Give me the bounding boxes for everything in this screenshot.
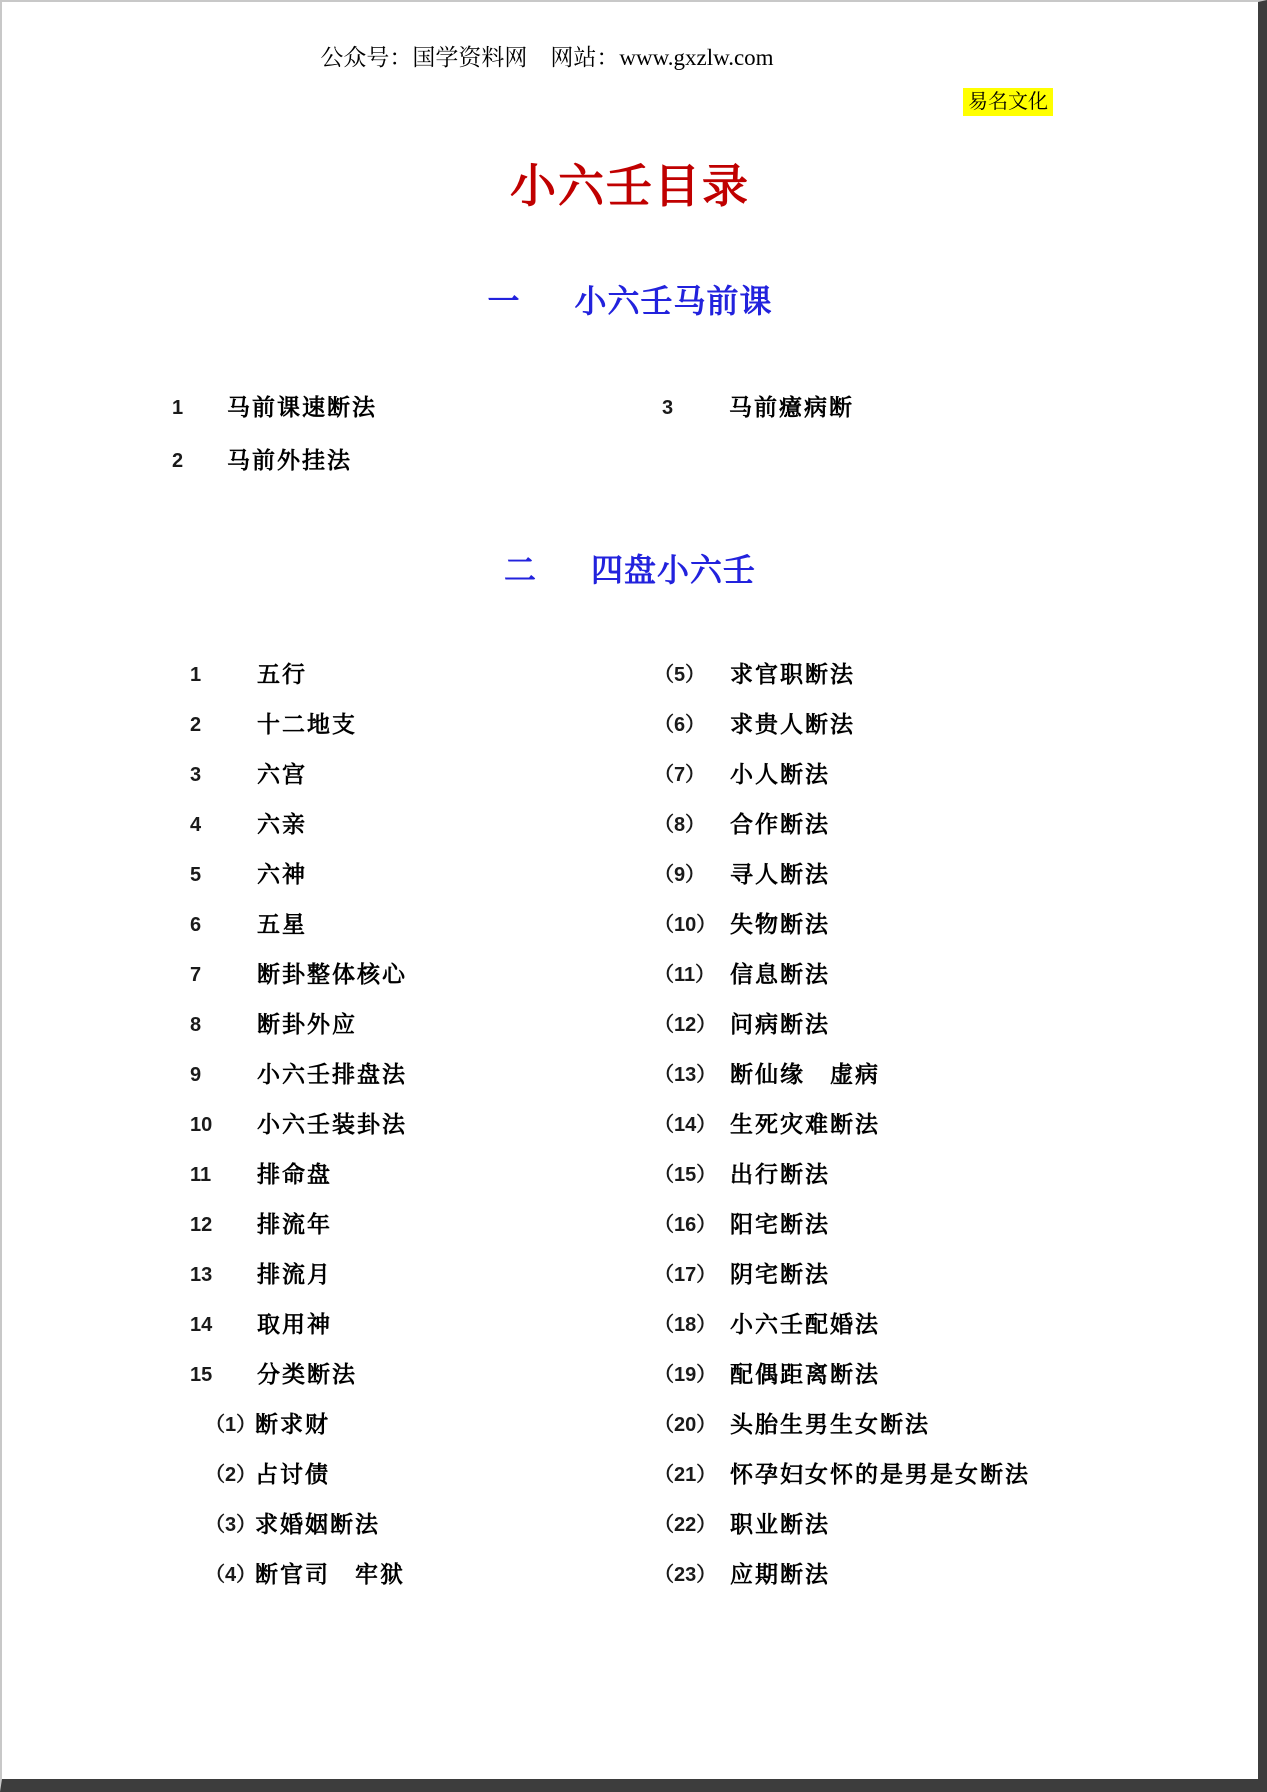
item-text: 求官职断法: [730, 662, 855, 688]
item-text: 排流月: [257, 1262, 332, 1288]
item-number: 9: [190, 1062, 257, 1088]
item-text: 断卦整体核心: [257, 962, 407, 988]
item-text: 小六壬排盘法: [257, 1062, 407, 1088]
item-text: 排命盘: [257, 1162, 332, 1188]
toc-item: （11）信息断法: [654, 962, 1030, 1012]
item-number: （13）: [654, 1062, 730, 1088]
toc-item: 11排命盘: [190, 1162, 407, 1212]
item-text: 取用神: [257, 1312, 332, 1338]
item-number: （5）: [654, 662, 730, 688]
toc-item: （21）怀孕妇女怀的是男是女断法: [654, 1462, 1030, 1512]
item-number: 3: [662, 395, 729, 421]
page-header-text: 公众号：国学资料网 网站：www.gxzlw.com: [2, 44, 1092, 72]
toc-item: （4）断官司 牢狱: [190, 1562, 407, 1612]
item-text: 五行: [257, 662, 307, 688]
item-number: 12: [190, 1212, 257, 1238]
item-number: 13: [190, 1262, 257, 1288]
item-number: 11: [190, 1162, 257, 1188]
section-2-title: 四盘小六壬: [591, 545, 756, 591]
toc-item: 9小六壬排盘法: [190, 1062, 407, 1112]
item-number: （6）: [654, 712, 730, 738]
item-text: 生死灾难断法: [730, 1112, 880, 1138]
toc-item: （15）出行断法: [654, 1162, 1030, 1212]
section-2-right-column: （5）求官职断法（6）求贵人断法（7）小人断法（8）合作断法（9）寻人断法（10…: [654, 662, 1030, 1612]
item-number: 1: [190, 662, 257, 688]
item-text: 小人断法: [730, 762, 830, 788]
item-number: （19）: [654, 1362, 730, 1388]
item-number: （12）: [654, 1012, 730, 1038]
section-1-number: 一: [487, 276, 520, 322]
toc-item: （2）占讨债: [190, 1462, 407, 1512]
item-number: （1）: [205, 1412, 255, 1438]
item-text: 失物断法: [730, 912, 830, 938]
item-number: （3）: [205, 1512, 255, 1538]
section-2-left-column: 1五行2十二地支3六宫4六亲5六神6五星7断卦整体核心8断卦外应9小六壬排盘法1…: [190, 662, 407, 1612]
toc-item: 2十二地支: [190, 712, 407, 762]
document-page: 公众号：国学资料网 网站：www.gxzlw.com 易名文化 小六壬目录 一 …: [0, 0, 1267, 1792]
item-text: 问病断法: [730, 1012, 830, 1038]
item-text: 断卦外应: [257, 1012, 357, 1038]
item-text: 占讨债: [255, 1462, 330, 1488]
item-text: 求贵人断法: [730, 712, 855, 738]
item-number: （9）: [654, 862, 730, 888]
toc-item: 15分类断法: [190, 1362, 407, 1412]
item-number: 7: [190, 962, 257, 988]
toc-item: （13）断仙缘 虚病: [654, 1062, 1030, 1112]
item-number: （15）: [654, 1162, 730, 1188]
toc-item: （1）断求财: [190, 1412, 407, 1462]
item-number: 15: [190, 1362, 257, 1388]
toc-item: （5）求官职断法: [654, 662, 1030, 712]
toc-item: （10）失物断法: [654, 912, 1030, 962]
item-number: 14: [190, 1312, 257, 1338]
item-number: 8: [190, 1012, 257, 1038]
toc-item: （14）生死灾难断法: [654, 1112, 1030, 1162]
item-number: 3: [190, 762, 257, 788]
item-number: （20）: [654, 1412, 730, 1438]
item-number: （14）: [654, 1112, 730, 1138]
toc-item: 10小六壬装卦法: [190, 1112, 407, 1162]
item-text: 怀孕妇女怀的是男是女断法: [730, 1462, 1030, 1488]
toc-item: 14取用神: [190, 1312, 407, 1362]
item-number: （21）: [654, 1462, 730, 1488]
toc-item: 1五行: [190, 662, 407, 712]
item-number: 4: [190, 812, 257, 838]
item-text: 求婚姻断法: [255, 1512, 380, 1538]
toc-item: 8断卦外应: [190, 1012, 407, 1062]
section-1-heading: 一 小六壬马前课: [2, 276, 1258, 322]
item-text: 合作断法: [730, 812, 830, 838]
item-text: 阴宅断法: [730, 1262, 830, 1288]
section-1-left-column: 1马前课速断法2马前外挂法: [172, 395, 377, 501]
toc-item: （19）配偶距离断法: [654, 1362, 1030, 1412]
item-text: 马前癔病断: [729, 395, 854, 421]
item-text: 分类断法: [257, 1362, 357, 1388]
item-text: 六神: [257, 862, 307, 888]
section-1-right-column: 3马前癔病断: [662, 395, 854, 448]
item-text: 出行断法: [730, 1162, 830, 1188]
item-text: 阳宅断法: [730, 1212, 830, 1238]
item-number: （10）: [654, 912, 730, 938]
item-number: （17）: [654, 1262, 730, 1288]
toc-item: （22）职业断法: [654, 1512, 1030, 1562]
item-text: 信息断法: [730, 962, 830, 988]
toc-item: 3六宫: [190, 762, 407, 812]
item-text: 十二地支: [257, 712, 357, 738]
toc-item: （23）应期断法: [654, 1562, 1030, 1612]
item-text: 小六壬配婚法: [730, 1312, 880, 1338]
toc-item: （9）寻人断法: [654, 862, 1030, 912]
item-number: 10: [190, 1112, 257, 1138]
item-number: 2: [190, 712, 257, 738]
item-text: 断求财: [255, 1412, 330, 1438]
item-text: 马前外挂法: [227, 448, 352, 474]
toc-item: 6五星: [190, 912, 407, 962]
item-text: 寻人断法: [730, 862, 830, 888]
toc-item: 1马前课速断法: [172, 395, 377, 448]
toc-item: （16）阳宅断法: [654, 1212, 1030, 1262]
item-text: 六亲: [257, 812, 307, 838]
toc-item: （18）小六壬配婚法: [654, 1312, 1030, 1362]
page-title: 小六壬目录: [2, 150, 1258, 216]
toc-item: （12）问病断法: [654, 1012, 1030, 1062]
toc-item: 5六神: [190, 862, 407, 912]
item-number: （4）: [205, 1562, 255, 1588]
toc-item: 2马前外挂法: [172, 448, 377, 501]
brand-badge: 易名文化: [963, 88, 1053, 116]
item-text: 六宫: [257, 762, 307, 788]
toc-item: 4六亲: [190, 812, 407, 862]
item-number: （18）: [654, 1312, 730, 1338]
toc-item: 7断卦整体核心: [190, 962, 407, 1012]
item-text: 马前课速断法: [227, 395, 377, 421]
toc-item: （6）求贵人断法: [654, 712, 1030, 762]
item-text: 排流年: [257, 1212, 332, 1238]
item-text: 头胎生男生女断法: [730, 1412, 930, 1438]
item-text: 职业断法: [730, 1512, 830, 1538]
toc-item: （20）头胎生男生女断法: [654, 1412, 1030, 1462]
item-number: （8）: [654, 812, 730, 838]
section-1-title: 小六壬马前课: [575, 276, 773, 322]
item-text: 应期断法: [730, 1562, 830, 1588]
item-text: 断官司 牢狱: [255, 1562, 405, 1588]
item-number: 1: [172, 395, 227, 421]
item-number: （22）: [654, 1512, 730, 1538]
item-text: 断仙缘 虚病: [730, 1062, 880, 1088]
toc-item: 12排流年: [190, 1212, 407, 1262]
item-number: 5: [190, 862, 257, 888]
item-text: 配偶距离断法: [730, 1362, 880, 1388]
item-text: 小六壬装卦法: [257, 1112, 407, 1138]
item-number: （23）: [654, 1562, 730, 1588]
toc-item: （7）小人断法: [654, 762, 1030, 812]
item-number: （11）: [654, 962, 730, 988]
item-number: （16）: [654, 1212, 730, 1238]
toc-item: （3）求婚姻断法: [190, 1512, 407, 1562]
item-number: （2）: [205, 1462, 255, 1488]
section-2-heading: 二 四盘小六壬: [2, 545, 1258, 591]
toc-item: （17）阴宅断法: [654, 1262, 1030, 1312]
item-number: 6: [190, 912, 257, 938]
toc-item: （8）合作断法: [654, 812, 1030, 862]
toc-item: 3马前癔病断: [662, 395, 854, 448]
item-number: （7）: [654, 762, 730, 788]
item-text: 五星: [257, 912, 307, 938]
item-number: 2: [172, 448, 227, 474]
toc-item: 13排流月: [190, 1262, 407, 1312]
section-2-number: 二: [504, 545, 537, 591]
